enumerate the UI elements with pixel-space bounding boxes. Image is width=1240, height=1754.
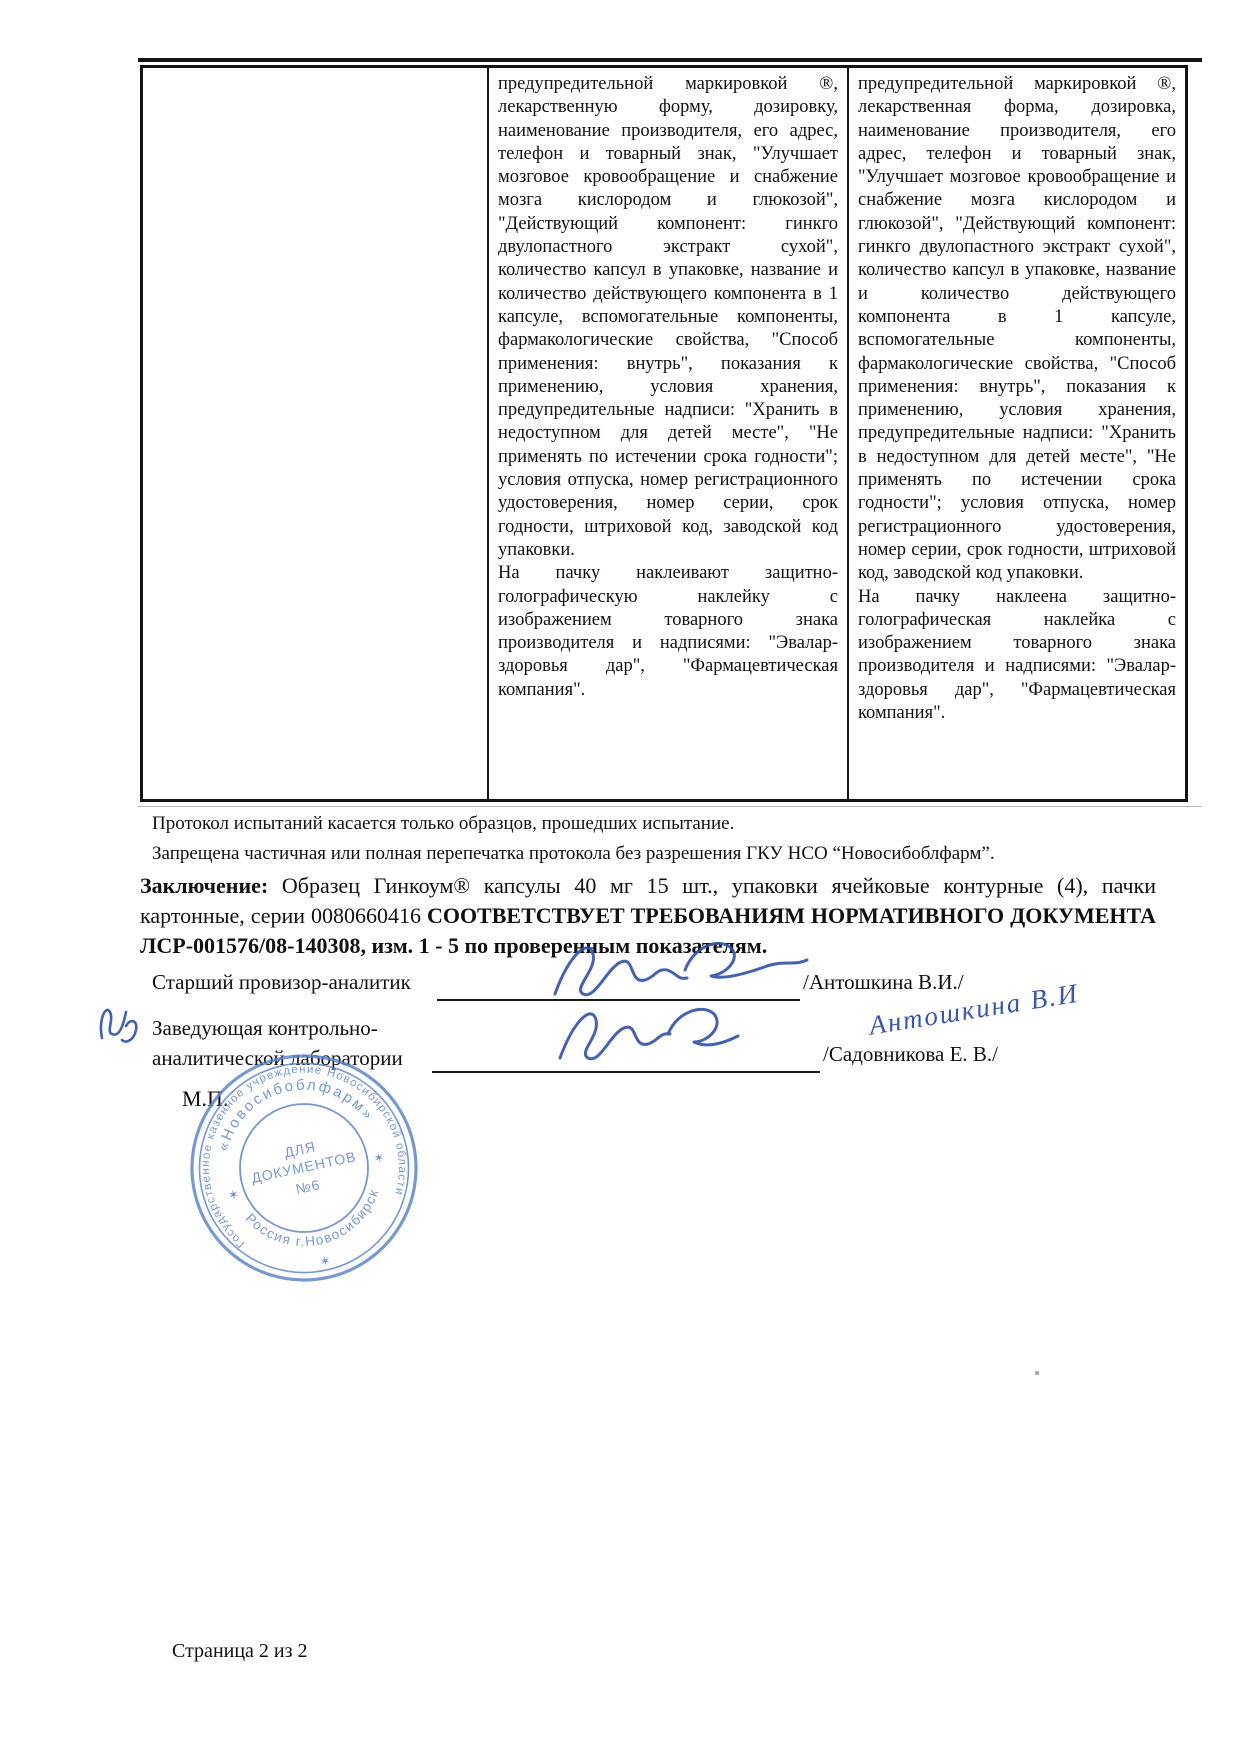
table-bottom-rule: [138, 806, 1202, 807]
stamp-second-ring: [184, 1048, 424, 1288]
stamp-outer-ring: [184, 1048, 424, 1288]
signature1-role: Старший провизор-аналитик: [152, 970, 411, 995]
svg-text:Россия г.Новосибирск: Россия г.Новосибирск: [241, 1184, 390, 1262]
document-page: предупредительной маркировкой ®, лекарст…: [0, 0, 1240, 1754]
scan-artifact-dot: [1035, 1371, 1039, 1375]
conclusion-label: Заключение:: [140, 873, 268, 898]
table-cell-requirements: предупредительной маркировкой ®, лекарст…: [489, 68, 849, 799]
signature2-name: /Садовникова Е. В./: [823, 1042, 998, 1067]
signature1-line: [437, 970, 800, 1001]
signature2-role: Заведующая контрольно- аналитической лаб…: [152, 1013, 403, 1073]
results-paragraph-2: На пачку наклеена защитно-голографическа…: [858, 586, 1176, 726]
margin-pen-mark: [94, 998, 144, 1054]
stamp-star-left: ✶: [227, 1186, 241, 1203]
signature2-role-line2: аналитической лаборатории: [152, 1046, 403, 1070]
round-stamp: Государственное казенное учреждение Ново…: [184, 1048, 424, 1288]
stamp-star-bottom: ✶: [318, 1253, 332, 1270]
results-paragraph-1: предупредительной маркировкой ®, лекарст…: [858, 73, 1176, 586]
svg-text:Государственное казенное учреж: Государственное казенное учреждение Ново…: [184, 1048, 420, 1255]
stamp-inner-ring: [228, 1092, 380, 1244]
svg-text:«Новосибоблфарм»: «Новосибоблфарм»: [204, 1061, 380, 1156]
stamp-center-line1: ДЛЯ: [283, 1138, 317, 1160]
signature2-role-line1: Заведующая контрольно-: [152, 1016, 378, 1040]
table-cell-empty: [143, 68, 489, 799]
requirements-paragraph-1: предупредительной маркировкой ®, лекарст…: [498, 73, 838, 562]
packaging-table: предупредительной маркировкой ®, лекарст…: [140, 65, 1188, 802]
stamp-org-name-text: «Новосибоблфарм»: [204, 1061, 380, 1156]
stamp-center-line2: ДОКУМЕНТОВ: [250, 1148, 358, 1186]
stamp-outer-text: Государственное казенное учреждение Ново…: [184, 1048, 420, 1255]
protocol-note-2: Запрещена частичная или полная перепечат…: [152, 842, 995, 866]
page-number: Страница 2 из 2: [172, 1640, 308, 1663]
conclusion-paragraph: Заключение: Образец Гинкоум® капсулы 40 …: [140, 871, 1156, 961]
stamp-star-right: ✶: [372, 1149, 386, 1166]
table-cell-results: предупредительной маркировкой ®, лекарст…: [849, 68, 1185, 799]
signature2-line: [432, 1042, 820, 1073]
requirements-paragraph-2: На пачку наклеивают защитно-голографичес…: [498, 562, 838, 702]
seal-place-label: М.П.: [182, 1086, 228, 1112]
stamp-location-text: Россия г.Новосибирск: [241, 1184, 390, 1262]
signature1-name: /Антошкина В.И./: [803, 970, 964, 995]
stamp-center-line3: №6: [294, 1176, 322, 1197]
protocol-note-1: Протокол испытаний касается только образ…: [152, 812, 734, 836]
table-top-rule: [138, 58, 1202, 62]
